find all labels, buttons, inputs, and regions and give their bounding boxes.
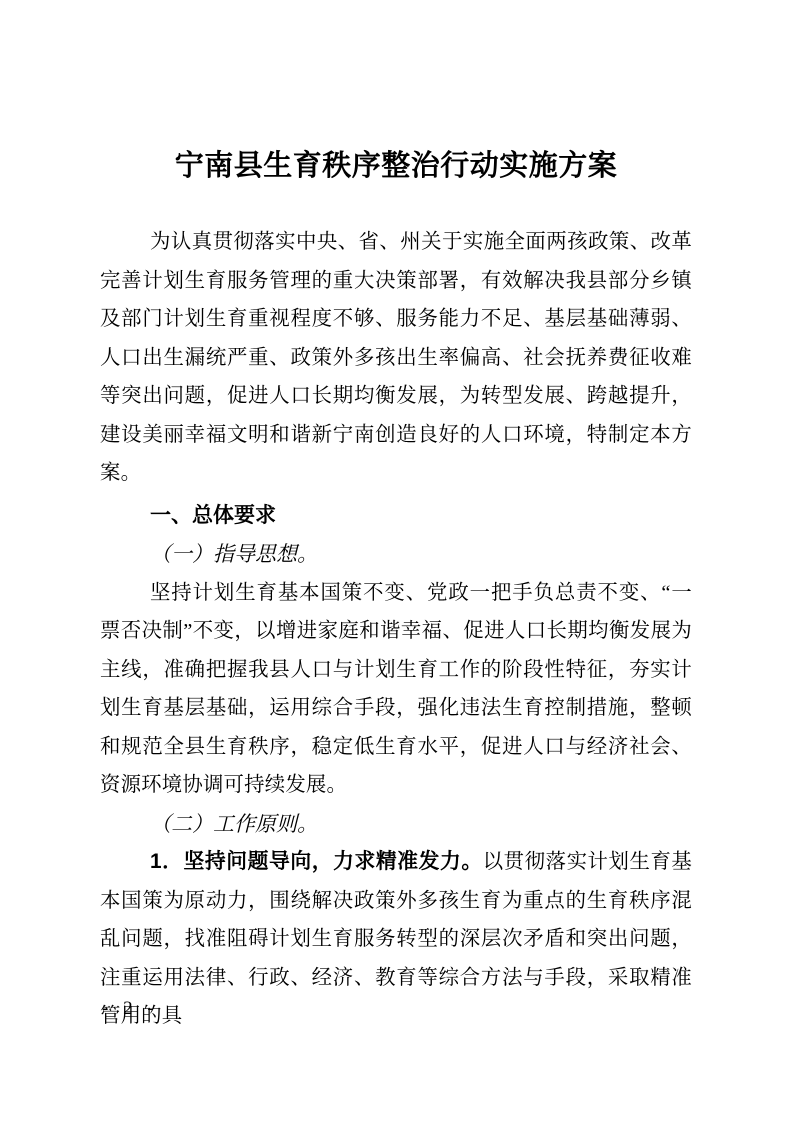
document-title: 宁南县生育秩序整治行动实施方案 (100, 147, 692, 185)
paragraph-body-text: 以贯彻落实计划生育基本国策为原动力，围绕解决政策外多孩生育为重点的生育秩序混乱问… (100, 851, 692, 1027)
section-heading-overall-requirements: 一、总体要求 (100, 497, 692, 536)
subsection-heading-work-principles: （二）工作原则。 (100, 805, 692, 844)
paragraph-guiding-ideology: 坚持计划生育基本国策不变、党政一把手负总责不变、“一票否决制”不变，以增进家庭和… (100, 574, 692, 805)
document-page: 宁南县生育秩序整治行动实施方案 为认真贯彻落实中央、省、州关于实施全面两孩政策、… (0, 0, 793, 1122)
subsection-heading-guiding-ideology: （一）指导思想。 (100, 535, 692, 574)
page-number: - 2 - (102, 998, 159, 1020)
paragraph-intro: 为认真贯彻落实中央、省、州关于实施全面两孩政策、改革完善计划生育服务管理的重大决… (100, 223, 692, 493)
paragraph-bold-lead: 1．坚持问题导向，力求精准发力。 (150, 850, 483, 873)
paragraph-principle-1: 1．坚持问题导向，力求精准发力。以贯彻落实计划生育基本国策为原动力，围绕解决政策… (100, 843, 692, 1036)
